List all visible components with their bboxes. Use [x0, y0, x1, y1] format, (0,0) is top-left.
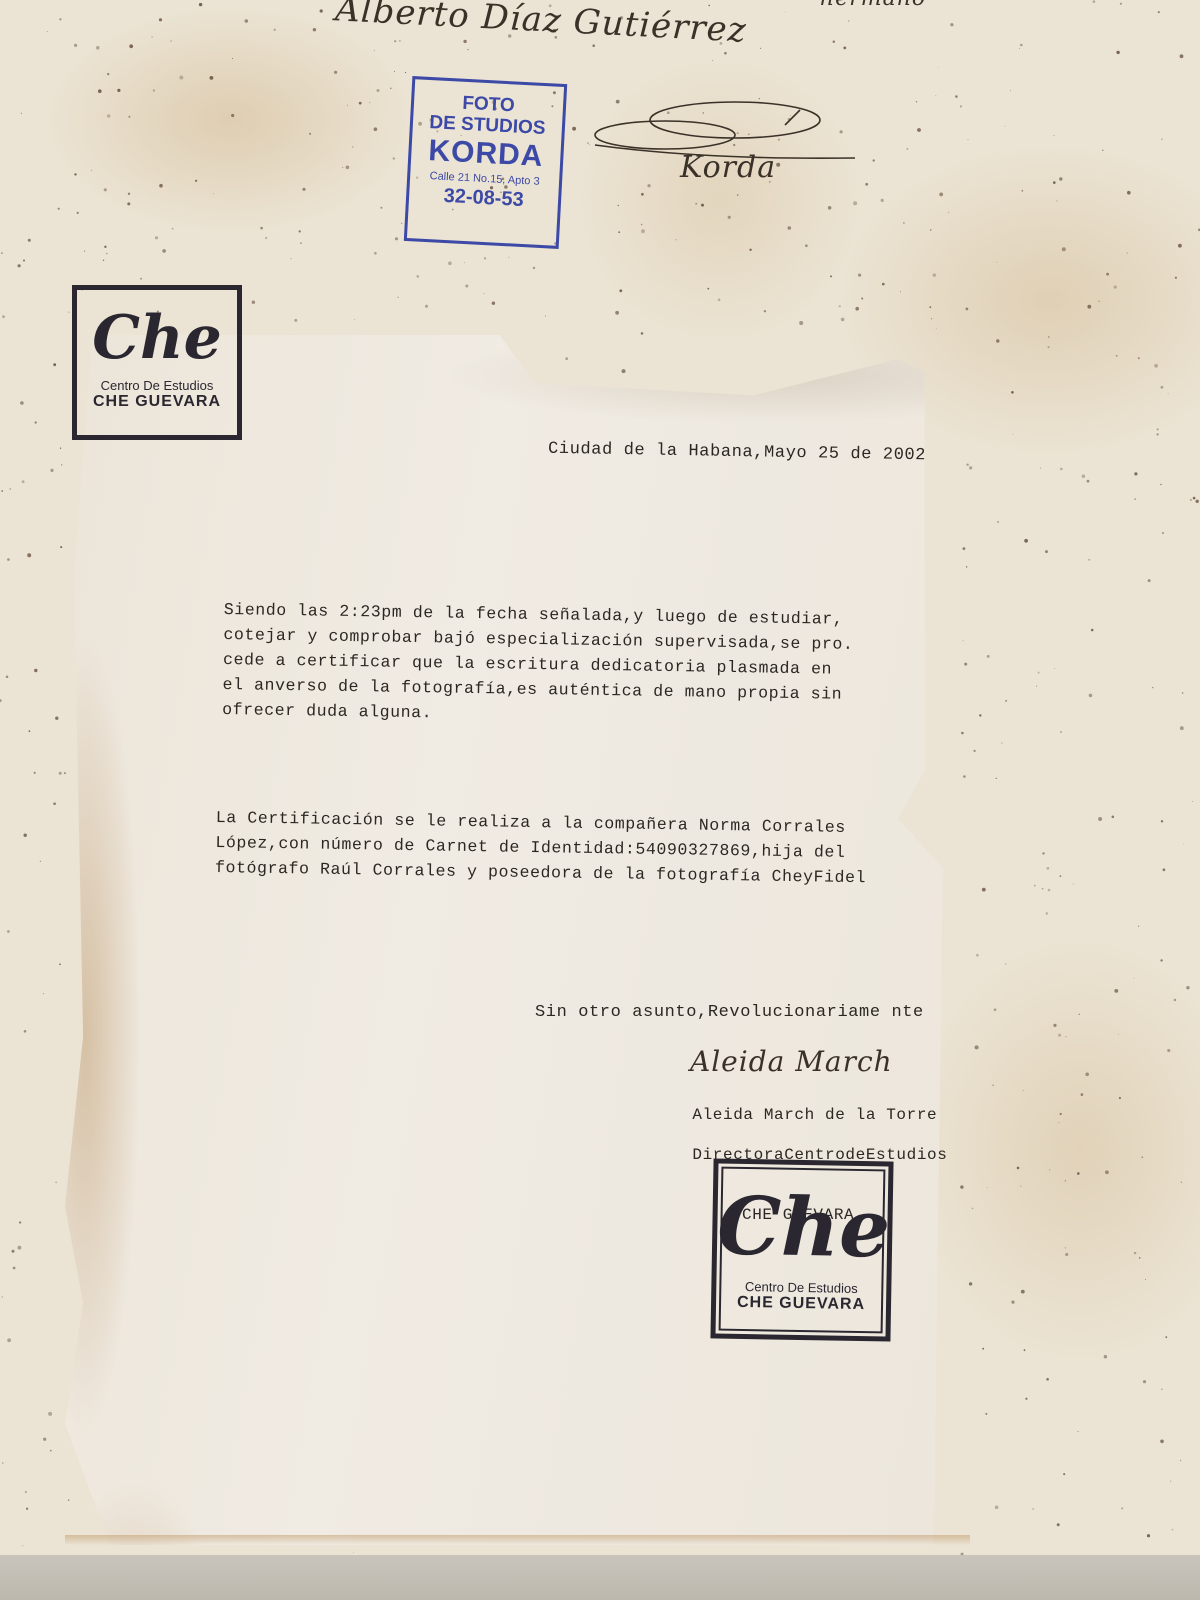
che-logo-icon: Che — [77, 298, 237, 378]
certificate-paper — [65, 335, 970, 1545]
signer-name: Aleida March de la Torre — [692, 1106, 937, 1124]
stamp-line: Centro De Estudios — [77, 378, 237, 393]
table-surface — [0, 1555, 1200, 1600]
certification-paragraph-2: La Certificación se le realiza a la comp… — [215, 805, 867, 890]
paper-edge-stain — [65, 1535, 970, 1545]
handwritten-text-fragment: hermano — [820, 0, 926, 11]
che-logo-icon: Che — [716, 1174, 888, 1282]
aleida-signature: Aleida March — [690, 1045, 893, 1078]
korda-studio-stamp: FOTO DE STUDIOS KORDA Calle 21 No.15, Ap… — [404, 76, 567, 249]
stamp-line: CHE GUEVARA — [716, 1294, 886, 1315]
certification-paragraph-1: Siendo las 2:23pm de la fecha señalada,y… — [222, 597, 854, 732]
che-center-stamp-bottom: Che Centro De Estudios CHE GUEVARA — [710, 1158, 893, 1341]
che-center-stamp-top: Che Centro De Estudios CHE GUEVARA — [72, 285, 242, 440]
closing-line: Sin otro asunto,Revolucionariame nte — [535, 1003, 924, 1022]
stamp-line: CHE GUEVARA — [77, 393, 237, 411]
stamp-line: Centro De Estudios — [716, 1279, 886, 1297]
korda-signature: Korda — [680, 150, 776, 185]
